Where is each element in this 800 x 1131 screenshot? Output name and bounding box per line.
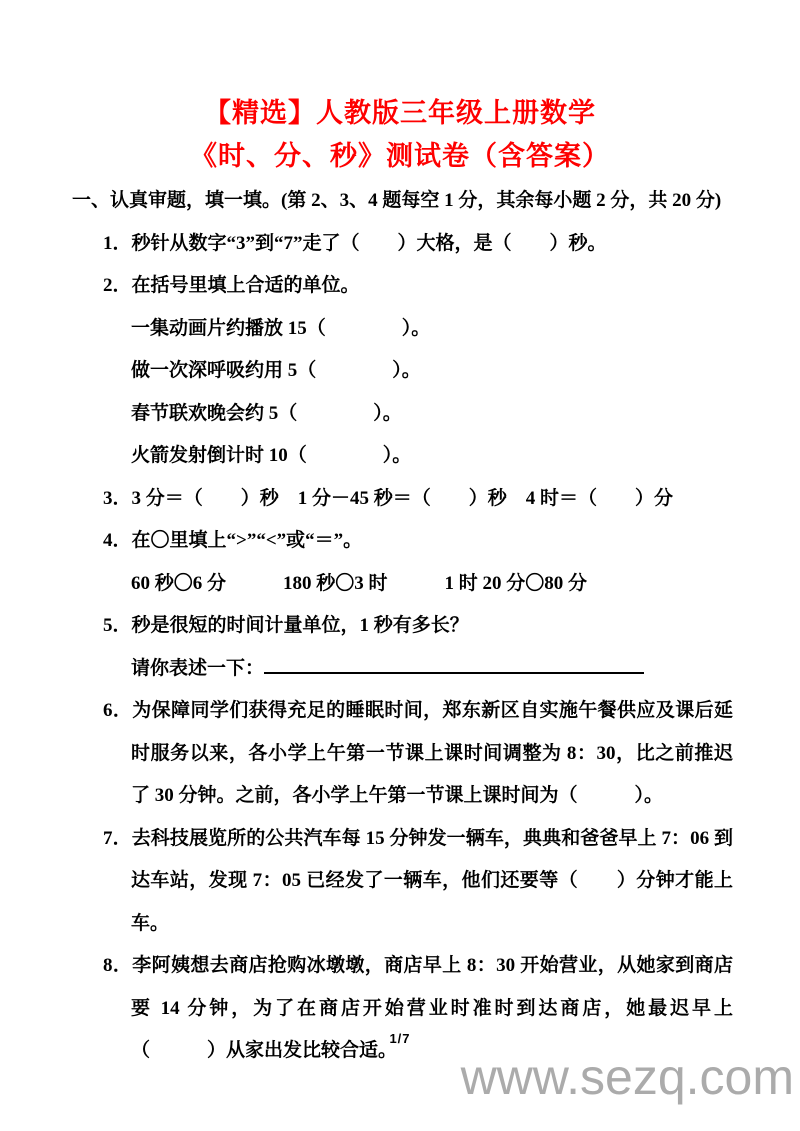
question-2-item-1: 一集动画片约播放 15（ ）。 bbox=[131, 308, 733, 351]
question-1-text: 秒针从数字“3”到“7”走了（ ）大格，是（ ）秒。 bbox=[132, 233, 607, 254]
question-sheet: 一、认真审题，填一填。(第 2、3、4 题每空 1 分，其余每小题 2 分，共 … bbox=[0, 180, 800, 1073]
question-4-number: 4． bbox=[103, 530, 132, 551]
question-5-prompt: 请你表述一下： bbox=[131, 658, 264, 679]
question-7-number: 7． bbox=[103, 828, 132, 849]
question-5-text: 秒是很短的时间计量单位，1 秒有多长？ bbox=[132, 615, 469, 636]
doc-title-line-1: 【精选】人教版三年级上册数学 bbox=[0, 92, 800, 135]
document-header: 【精选】人教版三年级上册数学 《时、分、秒》测试卷（含答案） bbox=[0, 0, 800, 178]
question-2-item-2: 做一次深呼吸约用 5（ ）。 bbox=[131, 350, 733, 393]
doc-title-line-2: 《时、分、秒》测试卷（含答案） bbox=[0, 135, 800, 178]
question-6-number: 6． bbox=[103, 700, 132, 721]
page-number: 1/7 bbox=[0, 1030, 800, 1048]
question-3-text: 3 分＝（ ）秒 1 分－45 秒＝（ ）秒 4 时＝（ ）分 bbox=[132, 488, 674, 509]
question-2-text: 在括号里填上合适的单位。 bbox=[132, 275, 360, 296]
question-3-number: 3． bbox=[103, 488, 132, 509]
question-6: 6．为保障同学们获得充足的睡眠时间，郑东新区自实施午餐供应及课后延时服务以来，各… bbox=[131, 690, 733, 818]
worksheet-page: 【精选】人教版三年级上册数学 《时、分、秒》测试卷（含答案） 一、认真审题，填一… bbox=[0, 0, 800, 1131]
question-1-number: 1． bbox=[103, 233, 132, 254]
watermark-text: www.sezq.com bbox=[461, 1052, 794, 1102]
question-2: 2．在括号里填上合适的单位。 bbox=[131, 265, 733, 308]
question-8-number: 8． bbox=[103, 955, 132, 976]
question-5-number: 5． bbox=[103, 615, 132, 636]
question-4: 4．在〇里填上“>”“<”或“＝”。 bbox=[131, 520, 733, 563]
question-2-item-3: 春节联欢晚会约 5（ ）。 bbox=[131, 393, 733, 436]
question-7: 7．去科技展览所的公共汽车每 15 分钟发一辆车，典典和爸爸早上 7：06 到达… bbox=[131, 818, 733, 946]
section-1-header: 一、认真审题，填一填。(第 2、3、4 题每空 1 分，其余每小题 2 分，共 … bbox=[72, 180, 740, 223]
question-3: 3．3 分＝（ ）秒 1 分－45 秒＝（ ）秒 4 时＝（ ）分 bbox=[131, 478, 733, 521]
question-2-item-4: 火箭发射倒计时 10（ ）。 bbox=[131, 435, 733, 478]
question-4-comparison-row: 60 秒〇6 分 180 秒〇3 时 1 时 20 分〇80 分 bbox=[131, 563, 733, 606]
question-1: 1．秒针从数字“3”到“7”走了（ ）大格，是（ ）秒。 bbox=[131, 223, 733, 266]
question-5: 5．秒是很短的时间计量单位，1 秒有多长？ bbox=[131, 605, 733, 648]
question-6-text: 为保障同学们获得充足的睡眠时间，郑东新区自实施午餐供应及课后延时服务以来，各小学… bbox=[131, 700, 733, 806]
question-7-text: 去科技展览所的公共汽车每 15 分钟发一辆车，典典和爸爸早上 7：06 到达车站… bbox=[131, 828, 733, 934]
question-4-text: 在〇里填上“>”“<”或“＝”。 bbox=[132, 530, 363, 551]
question-2-number: 2． bbox=[103, 275, 132, 296]
question-5-answer-row: 请你表述一下： bbox=[131, 648, 733, 691]
answer-blank-line bbox=[264, 670, 644, 674]
